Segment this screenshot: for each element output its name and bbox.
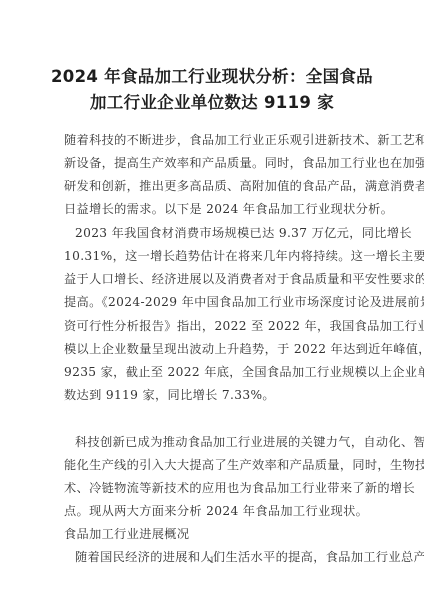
text-line: 术、冷链物流等新技术的应用也为食品加工行业带来了新的增长 [64, 480, 360, 496]
text-line: 益于人口增长、经济进展以及消费者对于食品质量和平安性要求的 [64, 271, 360, 287]
document-title-line-2: 加工行业企业单位数达 9119 家 [0, 90, 424, 116]
document-title-line-1: 2024 年食品加工行业现状分析：全国食品 [0, 64, 424, 90]
text-line: 9235 家，截止至 2022 年底，全国食品加工行业规模以上企业单位 [64, 364, 360, 380]
section-heading: 食品加工行业进展概况 [64, 526, 360, 542]
text-line: 提高。《2024-2029 年中国食品加工行业市场深度讨论及进展前景投 [64, 294, 360, 310]
text-line: 新设备，提高生产效率和产品质量。同时，食品加工行业也在加强 [64, 155, 360, 171]
text-line: 10.31%，这一增长趋势估计在将来几年内将持续。这一增长主要得 [64, 248, 360, 264]
text-line: 能化生产线的引入大大提高了生产效率和产品质量，同时，生物技 [64, 457, 360, 473]
text-line: 数达到 9119 家，同比增长 7.33%。 [64, 387, 360, 403]
text-line: 资可行性分析报告》指出，2022 至 2022 年，我国食品加工行业规 [64, 318, 360, 334]
page-number: -1- [0, 556, 424, 565]
text-line: 随着科技的不断进步，食品加工行业正乐观引进新技术、新工艺和 [64, 132, 360, 148]
text-line: 日益增长的需求。以下是 2024 年食品加工行业现状分析。 [64, 201, 360, 217]
text-line: 科技创新已成为推动食品加工行业进展的关键力气，自动化、智 [75, 434, 371, 450]
text-line: 研发和创新，推出更多高品质、高附加值的食品产品，满意消费者 [64, 178, 360, 194]
text-line: 模以上企业数量呈现出波动上升趋势，于 2022 年达到近年峰值，为 [64, 341, 360, 357]
text-line: 2023 年我国食材消费市场规模已达 9.37 万亿元，同比增长 [75, 225, 371, 241]
text-line: 点。现从两大方面来分析 2024 年食品加工行业现状。 [64, 503, 360, 519]
